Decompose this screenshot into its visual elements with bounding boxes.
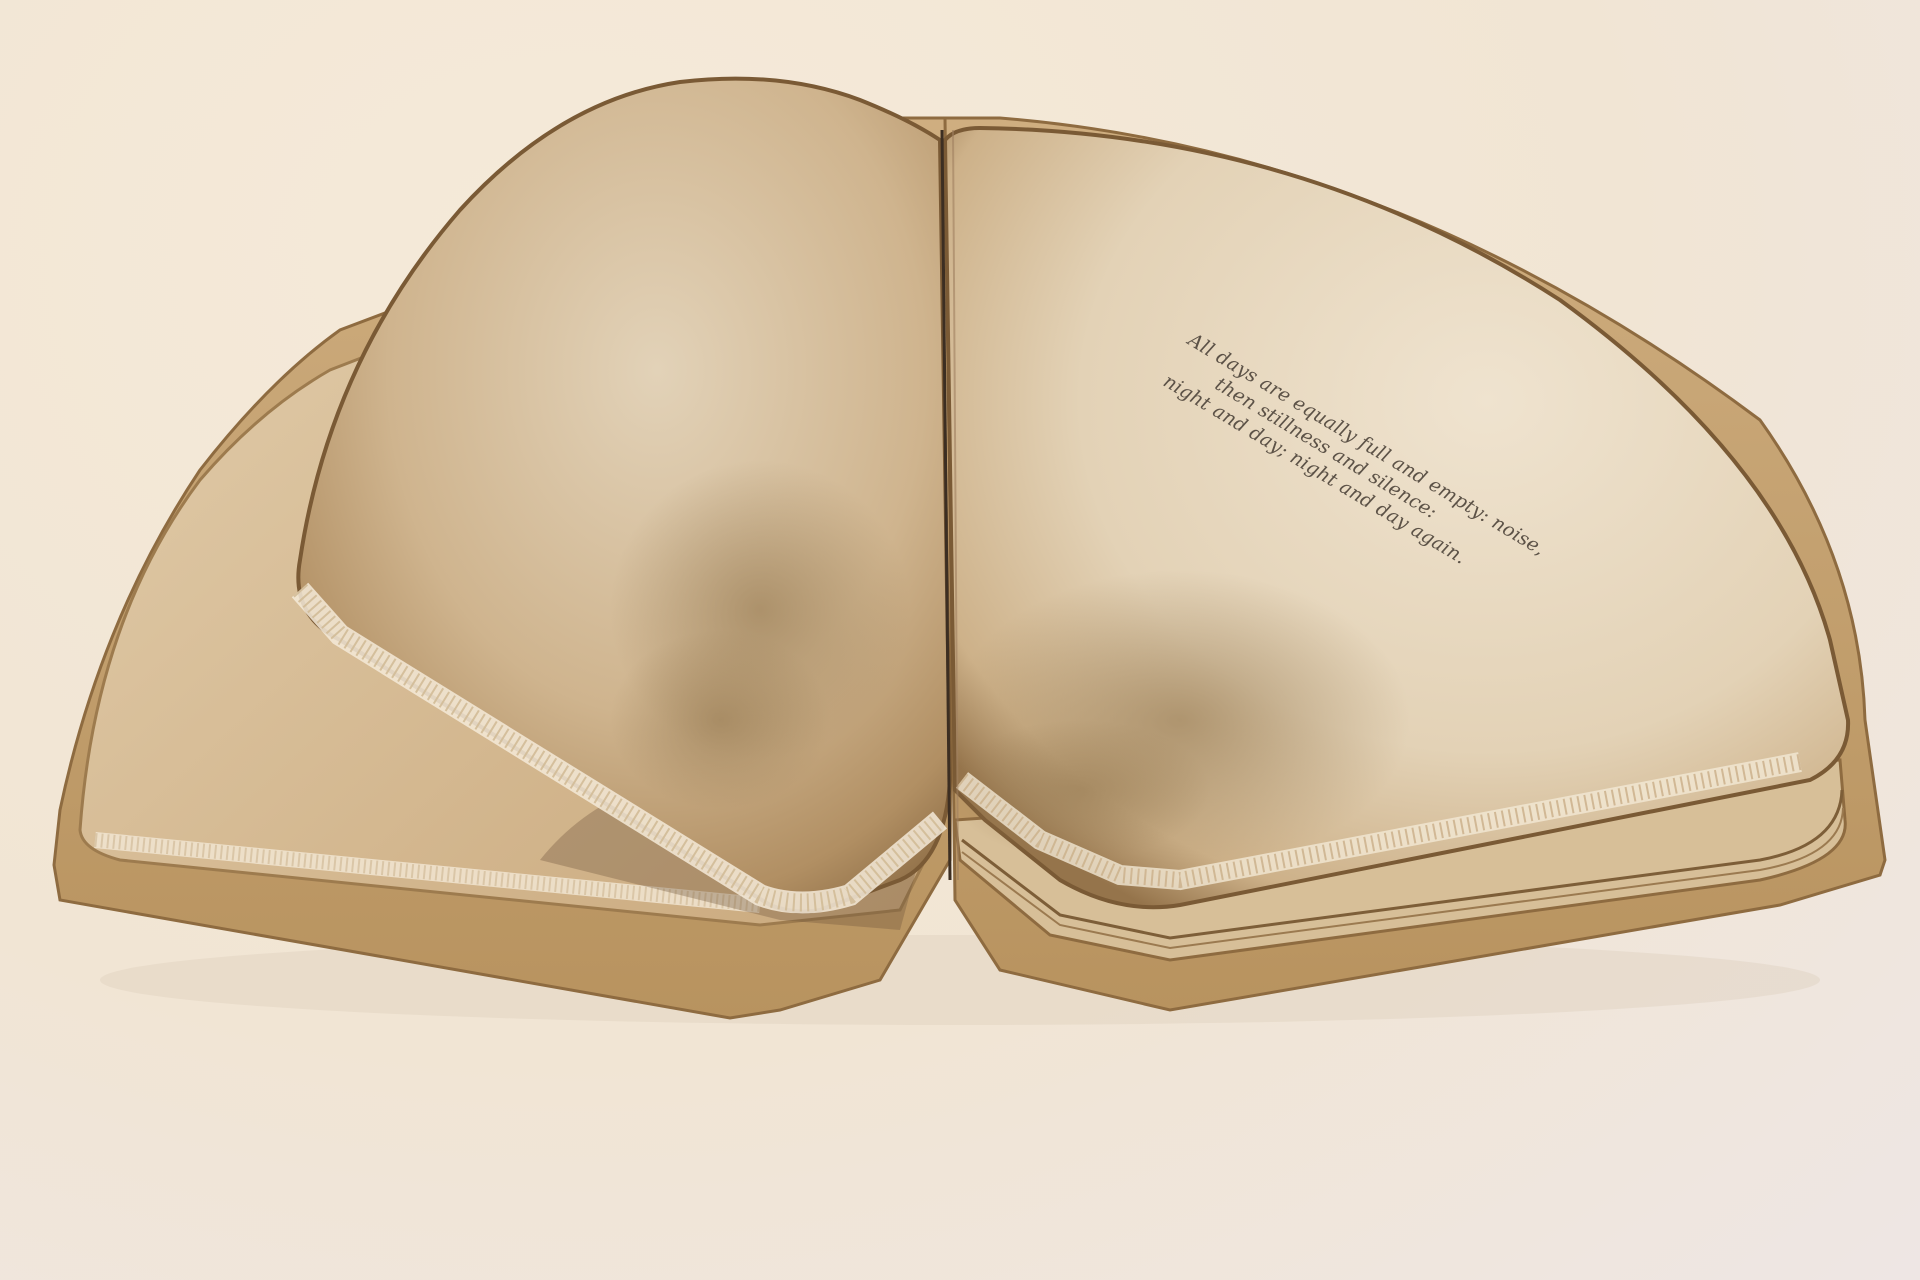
coffee-filter-book-illustration <box>0 0 1920 1280</box>
photo-scene: All days are equally full and empty: noi… <box>0 0 1920 1280</box>
